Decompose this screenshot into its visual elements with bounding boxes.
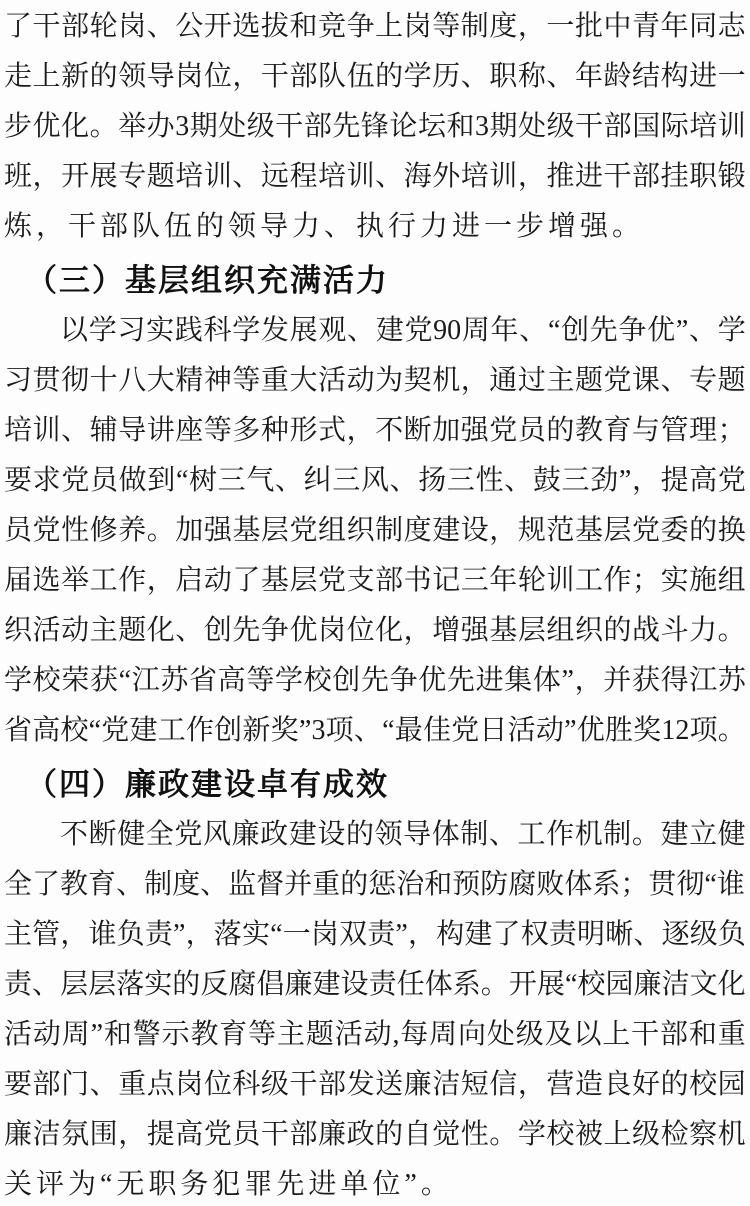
text-line: 活动周”和警示教育等主题活动,每周向处级及以上干部和重 [4, 1010, 746, 1060]
text-line: 不断健全党风廉政建设的领导体制、工作机制。建立健 [4, 810, 746, 860]
text-line: 炼，干部队伍的领导力、执行力进一步增强。 [4, 202, 746, 252]
text-line: 步优化。举办3期处级干部先锋论坛和3期处级干部国际培训 [4, 102, 746, 152]
section-heading: （四）廉政建设卓有成效 [4, 760, 746, 810]
text-line: 主管，谁负责”，落实“一岗双责”，构建了权责明晰、逐级负 [4, 910, 746, 960]
text-line: 班，开展专题培训、远程培训、海外培训，推进干部挂职锻 [4, 152, 746, 202]
document-page: 了干部轮岗、公开选拔和竞争上岗等制度，一批中青年同志走上新的领导岗位，干部队伍的… [0, 0, 750, 1206]
text-line: 了干部轮岗、公开选拔和竞争上岗等制度，一批中青年同志 [4, 2, 746, 52]
document-body: 了干部轮岗、公开选拔和竞争上岗等制度，一批中青年同志走上新的领导岗位，干部队伍的… [4, 2, 746, 1206]
text-line: 培训、辅导讲座等多种形式，不断加强党员的教育与管理； [4, 406, 746, 456]
text-line: 以学习实践科学发展观、建党90周年、“创先争优”、学 [4, 306, 746, 356]
paragraph: 了干部轮岗、公开选拔和竞争上岗等制度，一批中青年同志走上新的领导岗位，干部队伍的… [4, 2, 746, 252]
text-line: 织活动主题化、创先争优岗位化，增强基层组织的战斗力。 [4, 606, 746, 656]
text-line: 习贯彻十八大精神等重大活动为契机，通过主题党课、专题 [4, 356, 746, 406]
text-line: 走上新的领导岗位，干部队伍的学历、职称、年龄结构进一 [4, 52, 746, 102]
text-line: 廉洁氛围，提高党员干部廉政的自觉性。学校被上级检察机 [4, 1110, 746, 1160]
paragraph: 不断健全党风廉政建设的领导体制、工作机制。建立健全了教育、制度、监督并重的惩治和… [4, 810, 746, 1206]
text-line: 届选举工作，启动了基层党支部书记三年轮训工作；实施组 [4, 556, 746, 606]
text-line: 省高校“党建工作创新奖”3项、“最佳党日活动”优胜奖12项。 [4, 706, 746, 756]
text-line: 要部门、重点岗位科级干部发送廉洁短信，营造良好的校园 [4, 1060, 746, 1110]
section-heading: （三）基层组织充满活力 [4, 256, 746, 306]
text-line: 关评为“无职务犯罪先进单位”。 [4, 1160, 746, 1206]
text-line: 责、层层落实的反腐倡廉建设责任体系。开展“校园廉洁文化 [4, 960, 746, 1010]
text-line: 要求党员做到“树三气、纠三风、扬三性、鼓三劲”，提高党 [4, 456, 746, 506]
paragraph: 以学习实践科学发展观、建党90周年、“创先争优”、学习贯彻十八大精神等重大活动为… [4, 306, 746, 756]
text-line: 学校荣获“江苏省高等学校创先争优先进集体”，并获得江苏 [4, 656, 746, 706]
text-line: 全了教育、制度、监督并重的惩治和预防腐败体系；贯彻“谁- [4, 860, 746, 910]
text-line: 员党性修养。加强基层党组织制度建设，规范基层党委的换 [4, 506, 746, 556]
